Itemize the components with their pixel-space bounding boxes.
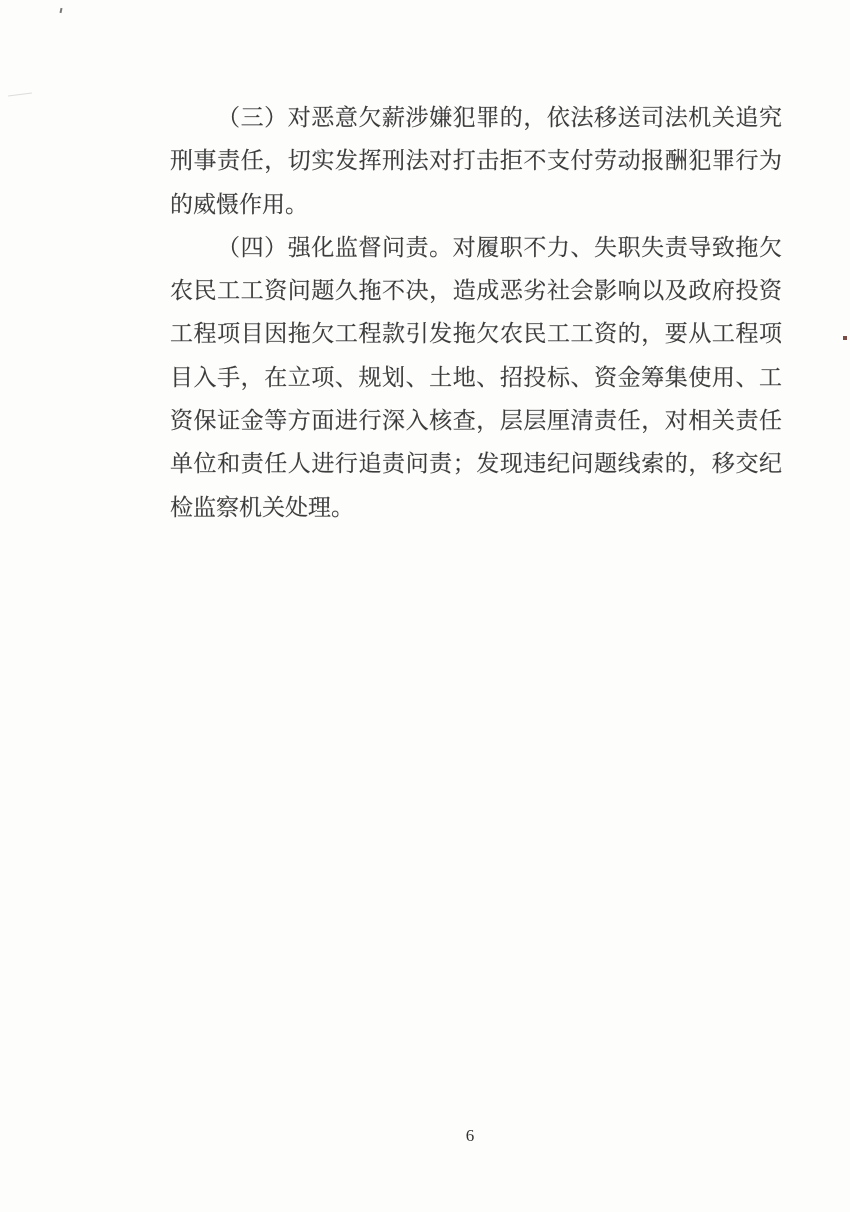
scan-speck	[60, 8, 63, 13]
paragraph-item-3: （三）对恶意欠薪涉嫌犯罪的，依法移送司法机关追究 刑事责任，切实发挥刑法对打击拒…	[170, 96, 782, 226]
document-page: （三）对恶意欠薪涉嫌犯罪的，依法移送司法机关追究 刑事责任，切实发挥刑法对打击拒…	[0, 0, 850, 1212]
doc-line: （四）强化监督问责。对履职不力、失职失责导致拖欠	[170, 226, 782, 269]
doc-line: 检监察机关处理。	[170, 486, 782, 529]
doc-line: （三）对恶意欠薪涉嫌犯罪的，依法移送司法机关追究	[170, 96, 782, 139]
doc-line: 农民工工资问题久拖不决，造成恶劣社会影响以及政府投资	[170, 269, 782, 312]
scan-speck	[843, 336, 847, 340]
doc-line: 目入手，在立项、规划、土地、招投标、资金筹集使用、工	[170, 356, 782, 399]
text-block: （三）对恶意欠薪涉嫌犯罪的，依法移送司法机关追究 刑事责任，切实发挥刑法对打击拒…	[170, 96, 782, 529]
doc-line: 单位和责任人进行追责问责；发现违纪问题线索的，移交纪	[170, 442, 782, 485]
paragraph-item-4: （四）强化监督问责。对履职不力、失职失责导致拖欠 农民工工资问题久拖不决，造成恶…	[170, 226, 782, 529]
doc-line: 资保证金等方面进行深入核查，层层厘清责任，对相关责任	[170, 399, 782, 442]
page-number: 6	[466, 1126, 475, 1146]
doc-line: 的威慑作用。	[170, 183, 782, 226]
doc-line: 工程项目因拖欠工程款引发拖欠农民工工资的，要从工程项	[170, 312, 782, 355]
scan-scratch	[8, 93, 32, 97]
doc-line: 刑事责任，切实发挥刑法对打击拒不支付劳动报酬犯罪行为	[170, 139, 782, 182]
